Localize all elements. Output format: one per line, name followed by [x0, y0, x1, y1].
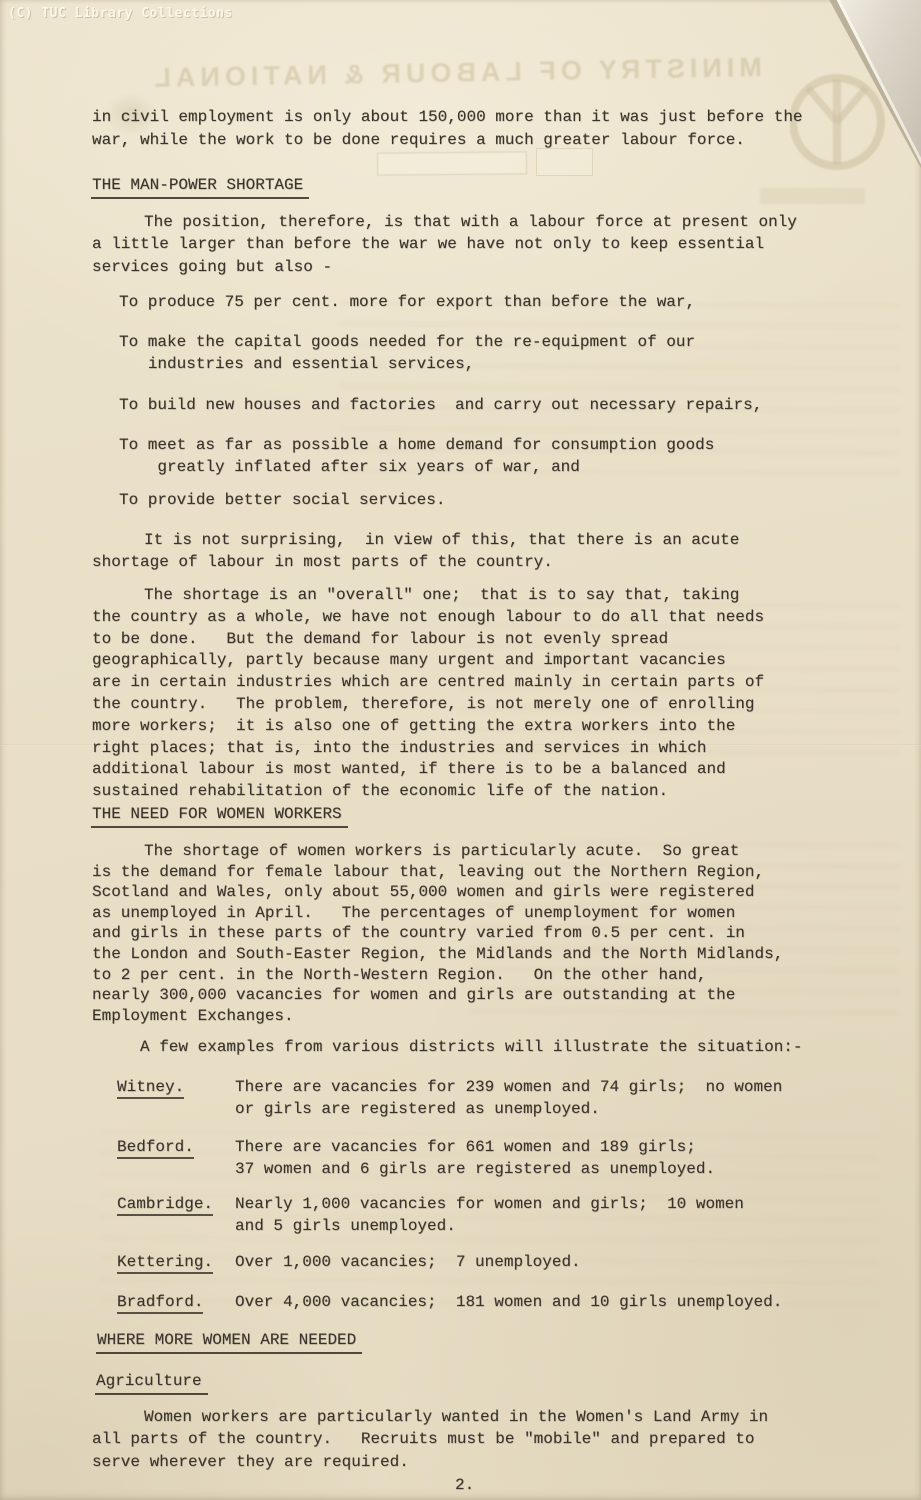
heading-text: WHERE MORE WOMEN ARE NEEDED: [96, 1329, 362, 1354]
district-row-bedford: Bedford. There are vacancies for 661 wom…: [117, 1136, 855, 1181]
library-watermark: (C) TUC Library Collections: [8, 6, 233, 21]
district-name-text: Kettering.: [117, 1253, 213, 1274]
list-item: To make the capital goods needed for the…: [119, 331, 859, 376]
district-name-text: Cambridge.: [117, 1195, 213, 1216]
list-item: To build new houses and factories and ca…: [119, 394, 859, 416]
list-item: To produce 75 per cent. more for export …: [119, 291, 859, 313]
scanned-document-page: MINISTRY OF LABOUR & NATIONAL in civil e…: [0, 0, 921, 1500]
district-name-text: Bradford.: [117, 1293, 203, 1314]
paragraph-intro: in civil employment is only about 150,00…: [92, 106, 852, 152]
district-detail: Over 1,000 vacancies; 7 unemployed.: [235, 1251, 855, 1273]
list-item: To provide better social services.: [119, 489, 859, 511]
page-number: 2.: [455, 1474, 474, 1496]
paragraph-examples-lead: A few examples from various districts wi…: [140, 1036, 880, 1058]
district-name-text: Witney.: [117, 1078, 184, 1099]
district-name: Cambridge.: [117, 1193, 235, 1238]
subheading-agriculture: Agriculture: [96, 1370, 208, 1395]
paragraph-women-shortage: The shortage of women workers is particu…: [92, 841, 862, 1026]
heading-text: THE MAN-POWER SHORTAGE: [91, 174, 309, 199]
section-heading-manpower: THE MAN-POWER SHORTAGE: [92, 174, 309, 199]
ghost-stamp-box: [377, 151, 527, 175]
paragraph-overall-shortage: The shortage is an "overall" one; that i…: [92, 585, 862, 803]
list-item: To meet as far as possible a home demand…: [119, 434, 859, 479]
district-detail: Over 4,000 vacancies; 181 women and 10 g…: [235, 1291, 855, 1313]
heading-text: Agriculture: [95, 1370, 208, 1395]
district-name: Bedford.: [117, 1136, 235, 1181]
paragraph-surprising: It is not surprising, in view of this, t…: [92, 529, 852, 574]
paragraph-agriculture: Women workers are particularly wanted in…: [92, 1406, 852, 1473]
district-detail: There are vacancies for 661 women and 18…: [235, 1136, 855, 1181]
section-heading-women-workers: THE NEED FOR WOMEN WORKERS: [92, 803, 348, 828]
district-name: Witney.: [117, 1076, 235, 1121]
district-name: Bradford.: [117, 1291, 235, 1313]
district-row-kettering: Kettering. Over 1,000 vacancies; 7 unemp…: [117, 1251, 855, 1273]
ministry-ghost-watermark: MINISTRY OF LABOUR & NATIONAL: [92, 52, 763, 110]
district-row-bradford: Bradford. Over 4,000 vacancies; 181 wome…: [117, 1291, 855, 1313]
heading-text: THE NEED FOR WOMEN WORKERS: [91, 803, 348, 828]
district-detail: There are vacancies for 239 women and 74…: [235, 1076, 855, 1121]
district-name: Kettering.: [117, 1251, 235, 1273]
district-row-cambridge: Cambridge. Nearly 1,000 vacancies for wo…: [117, 1193, 855, 1238]
section-heading-where-needed: WHERE MORE WOMEN ARE NEEDED: [97, 1329, 362, 1354]
paragraph-position: The position, therefore, is that with a …: [92, 211, 852, 278]
district-detail: Nearly 1,000 vacancies for women and gir…: [235, 1193, 855, 1238]
district-name-text: Bedford.: [117, 1138, 194, 1159]
district-row-witney: Witney. There are vacancies for 239 wome…: [117, 1076, 855, 1121]
ghost-stamp-box: [536, 148, 593, 176]
